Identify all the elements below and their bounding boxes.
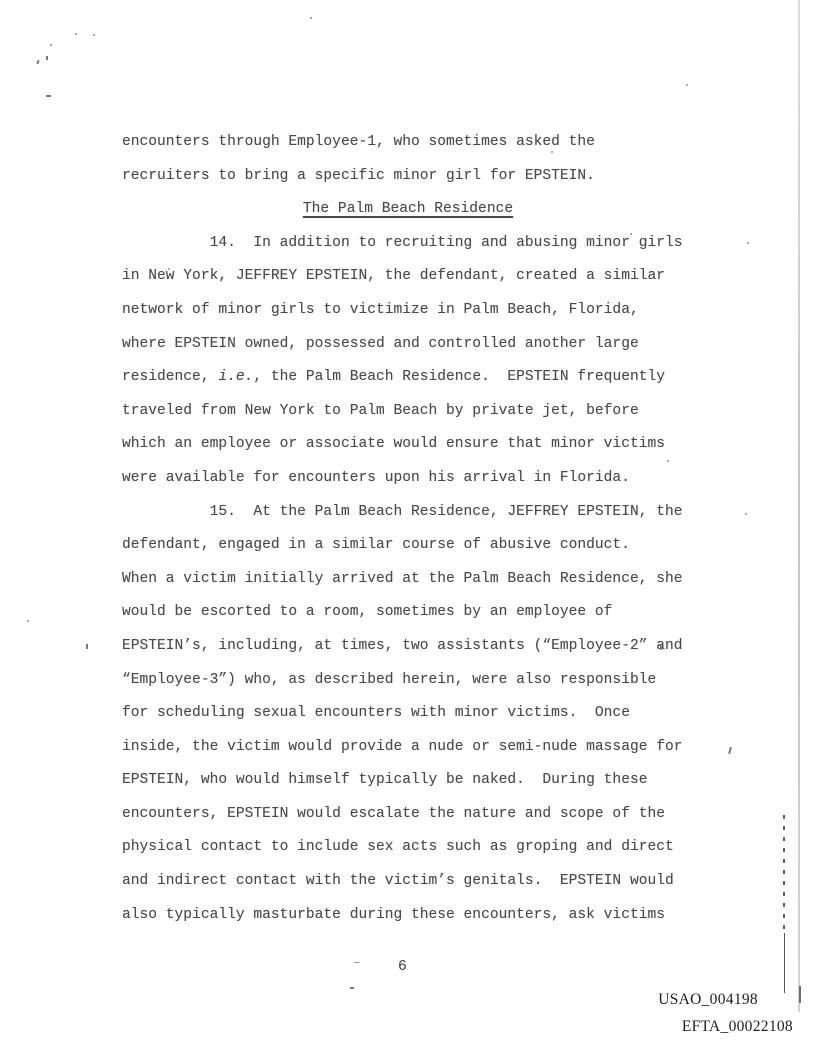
scan-speck (310, 17, 312, 19)
scan-speck (667, 460, 669, 462)
document-line: traveled from New York to Palm Beach by … (122, 395, 694, 429)
document-line: in New York, JEFFREY EPSTEIN, the defend… (122, 260, 694, 294)
scan-speck (630, 233, 632, 235)
document-line: and indirect contact with the victim’s g… (122, 865, 694, 899)
document-line: for scheduling sexual encounters with mi… (122, 697, 694, 731)
scan-speck (86, 644, 88, 649)
scan-speck (168, 268, 170, 270)
scan-edge-dark-segment (799, 986, 801, 1003)
stray-dash-mark: – (353, 955, 361, 970)
document-line: 15. At the Palm Beach Residence, JEFFREY… (122, 496, 694, 530)
document-line: “Employee-3”) who, as described herein, … (122, 664, 694, 698)
section-heading: The Palm Beach Residence (122, 193, 694, 227)
scan-speck (46, 56, 48, 60)
document-line: encounters, EPSTEIN would escalate the n… (122, 798, 694, 832)
document-line: defendant, engaged in a similar course o… (122, 529, 694, 563)
scan-speck (46, 95, 51, 97)
scan-speck (350, 987, 354, 989)
scan-speck (728, 747, 732, 754)
document-line: encounters through Employee-1, who somet… (122, 126, 694, 160)
document-line: When a victim initially arrived at the P… (122, 563, 694, 597)
scan-speck (50, 44, 52, 46)
scan-dashed-line (783, 815, 785, 933)
document-line: which an employee or associate would ens… (122, 428, 694, 462)
document-line: network of minor girls to victimize in P… (122, 294, 694, 328)
document-line: inside, the victim would provide a nude … (122, 731, 694, 765)
scanned-document-screenshot: { "document": { "lines": [ {"text": "enc… (0, 0, 817, 1056)
document-line: EPSTEIN’s, including, at times, two assi… (122, 630, 694, 664)
document-line: EPSTEIN, who would himself typically be … (122, 764, 694, 798)
scan-speck (747, 242, 749, 244)
bates-number-usao: USAO_004198 (658, 991, 758, 1009)
scan-speck (551, 151, 553, 153)
page-number: 6 (398, 959, 407, 975)
scan-speck (27, 620, 29, 622)
scan-speck (36, 60, 39, 64)
scan-solid-line (784, 933, 786, 993)
scan-edge-line (798, 0, 800, 1012)
document-line: recruiters to bring a specific minor gir… (122, 160, 694, 194)
document-line: residence, i.e., the Palm Beach Residenc… (122, 361, 694, 395)
bates-number-efta: EFTA_00022108 (682, 1018, 793, 1036)
document-line: physical contact to include sex acts suc… (122, 831, 694, 865)
document-line: would be escorted to a room, sometimes b… (122, 596, 694, 630)
document-line: 14. In addition to recruiting and abusin… (122, 227, 694, 261)
document-line: where EPSTEIN owned, possessed and contr… (122, 328, 694, 362)
document-line: were available for encounters upon his a… (122, 462, 694, 496)
scan-speck (93, 34, 95, 36)
scan-speck (75, 33, 77, 35)
scan-speck (686, 84, 688, 86)
document-line: also typically masturbate during these e… (122, 899, 694, 933)
document-page: encounters through Employee-1, who somet… (0, 0, 817, 1056)
scan-speck (745, 513, 747, 515)
document-body: encounters through Employee-1, who somet… (122, 126, 694, 932)
